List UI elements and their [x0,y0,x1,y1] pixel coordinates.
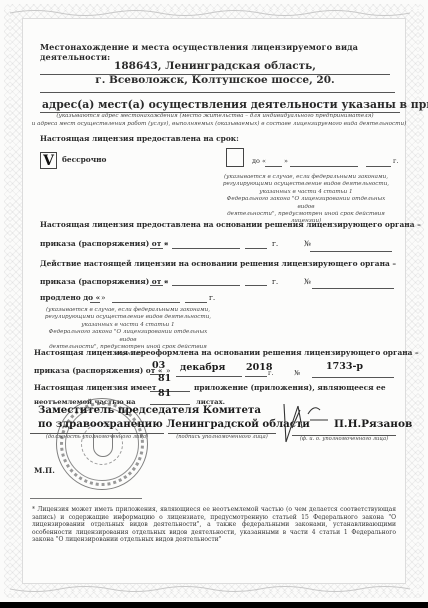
extension-year-line[interactable] [245,285,267,286]
reissue-year-suffix: г. [268,369,273,377]
extended-month-line[interactable] [112,302,180,303]
appendix-prefix: Настоящая лицензия имеет [34,383,156,392]
term-note-line: регулирующими осуществление видов деятел… [218,181,394,188]
address-line-3: адрес(а) мест(а) осуществления деятельно… [42,98,402,111]
caption-position: (должность уполномоченного лица) [30,434,164,441]
reissue-heading: Настоящая лицензия переоформлена на осно… [34,348,419,357]
signatory-position-2: по здравоохранению Ленинградской области [38,418,310,430]
decorative-wave-bottom [10,584,410,594]
grant-heading: Настоящая лицензия предоставлена на осно… [40,220,421,229]
extension-day-line[interactable] [150,285,163,286]
caption-signature: (подпись уполномоченного лица) [168,434,276,441]
term-note-line: указанных в части 4 статьи 1 [218,189,394,196]
decorative-wave-top [10,8,410,18]
grant-month-line[interactable] [172,248,240,249]
grant-order-label: приказа (распоряжения) от « [40,239,168,248]
grant-year-suffix: г. [272,239,278,248]
appendix-count[interactable]: 81 [158,373,171,384]
address-line-2: г. Всеволожск, Колтушское шоссе, 20. [40,74,390,86]
extended-quote-close: » [101,293,106,302]
address-underline-2 [40,92,395,93]
extended-note-line: Федерального закона "О лицензировании от… [40,329,216,344]
reissue-order-label: приказа (распоряжения) от « [34,366,162,375]
term-note-line: (указывается в случае, если федеральными… [218,174,394,181]
grant-number-label: № [304,239,311,248]
appendix-sheets[interactable]: 81 [158,388,171,399]
term-until-quote: » [284,157,288,165]
signatory-position-1: Заместитель председателя Комитета [38,404,261,416]
extended-note-line: (указывается в случае, если федеральными… [40,307,216,314]
extension-month-line[interactable] [172,285,240,286]
extension-heading: Действие настоящей лицензии на основании… [40,259,396,268]
extension-number-label: № [304,277,311,286]
term-note: (указывается в случае, если федеральными… [218,174,394,226]
appendix-suffix: приложение (приложения), являющееся ее [194,383,386,392]
extended-note-line: регулирующими осуществление видов деятел… [40,314,216,321]
address-line-1: 188643, Ленинградская область, [40,60,390,72]
term-until-prefix: до « [252,157,266,165]
location-heading: Местонахождение и места осуществления ли… [40,42,400,62]
license-page: Местонахождение и места осуществления ли… [0,0,428,602]
term-until-checkbox[interactable] [226,148,244,167]
grant-year-line[interactable] [245,248,267,249]
extension-number-line[interactable] [312,288,394,289]
extended-note-line: указанных в части 4 статьи 1 [40,322,216,329]
term-until-month-line[interactable] [290,166,358,167]
extended-day-line[interactable] [90,302,100,303]
reissue-number-label: № [294,369,300,377]
term-until-year-line[interactable] [366,166,391,167]
signatory-name: П.Н.Рязанов [334,418,412,430]
reissue-year-line [245,376,267,377]
term-note-line: Федерального закона "О лицензировании от… [218,196,394,211]
reissue-day[interactable]: 03 [152,360,165,371]
address-note-2: и адреса мест осуществления работ (услуг… [30,121,408,128]
extended-year-suffix: г. [209,293,215,302]
grant-day-line[interactable] [150,248,163,249]
grant-quote-close: » [164,239,169,248]
unlimited-term-label: бессрочно [62,155,106,164]
term-until-day-line[interactable] [265,166,282,167]
extension-quote-close: » [164,277,169,286]
unlimited-term-checkbox[interactable]: V [40,152,57,169]
reissue-number-line [312,377,394,378]
extended-year-line[interactable] [185,302,207,303]
reissue-month[interactable]: декабря [180,362,225,373]
reissue-month-line [176,376,242,377]
footnote-divider [30,498,142,499]
extension-year-suffix: г. [272,277,278,286]
seal-label: М.П. [34,466,55,475]
caption-name: (ф. и. о. уполномоченного лица) [292,436,396,443]
reissue-number[interactable]: 1733-р [326,361,363,372]
address-note-1: (указываются адрес местонахождения (мест… [30,113,400,120]
grant-number-line[interactable] [310,251,392,252]
footnote: * Лицензия может иметь приложения, являю… [32,506,396,544]
term-heading: Настоящая лицензия предоставлена на срок… [40,134,239,143]
term-until-year-suffix: г. [393,157,398,165]
extended-until-label: продлено до « [40,293,100,302]
